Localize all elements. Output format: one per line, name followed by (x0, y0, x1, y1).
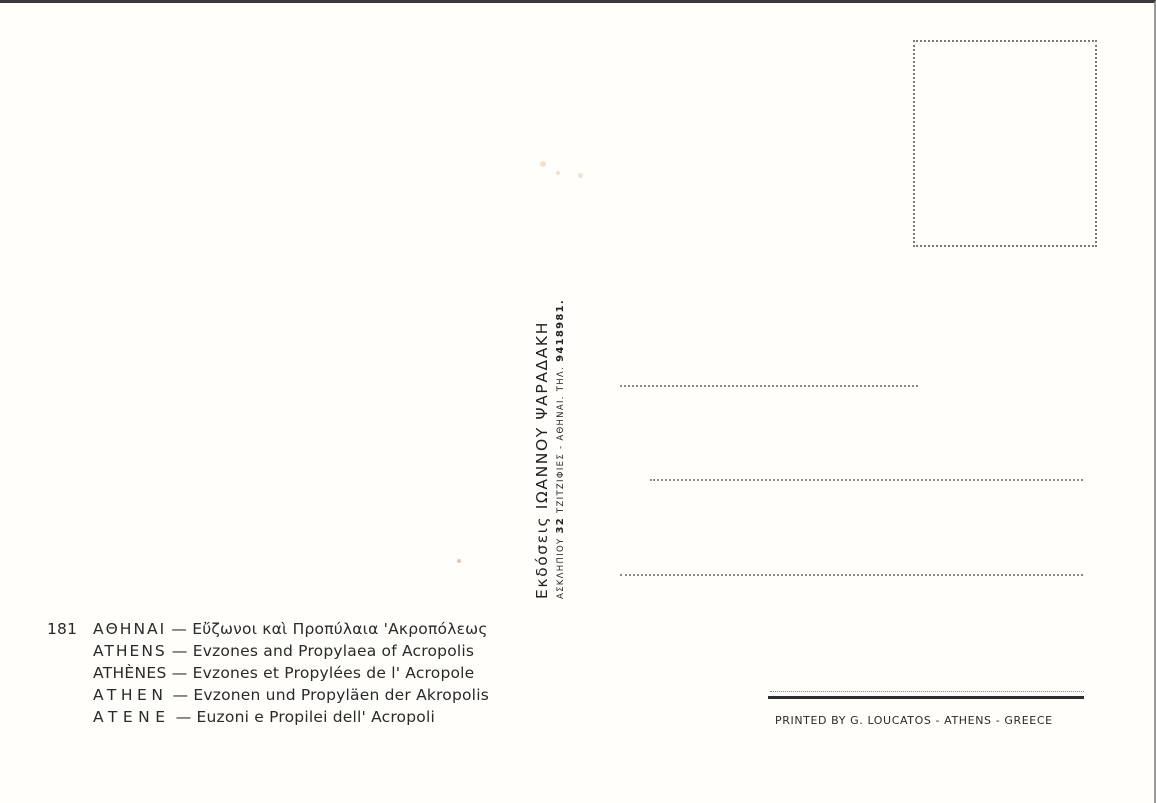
publisher-imprint: Εκδόσεις ΙΩΑΝΝΟΥ ΨΑΡΑΔΑΚΗ ΑΣΚΛΗΠΙΟΥ 32 Τ… (532, 299, 567, 599)
address-line-1 (620, 385, 918, 387)
publisher-address: ΑΣΚΛΗΠΙΟΥ 32 ΤΖΙΤΖΙΦΙΕΣ - ΑΘΗΝΑΙ. ΤΗΛ. 9… (555, 299, 567, 599)
caption-block: 181 ΑΘΗΝΑΙ — Εὔζωνοι καὶ Προπύλαια 'Ακρο… (47, 618, 489, 728)
caption-city: ATENE (93, 706, 171, 728)
caption-text: — Εὔζωνοι καὶ Προπύλαια 'Ακροπόλεως (171, 618, 487, 640)
solid-rule (768, 696, 1084, 699)
address-line-2 (650, 479, 1083, 481)
caption-city: ATHENS (93, 640, 167, 662)
paper-speck (457, 559, 461, 563)
caption-line: 181 ΑΘΗΝΑΙ — Εὔζωνοι καὶ Προπύλαια 'Ακρο… (47, 618, 489, 640)
caption-line: ATHENS — Evzones and Propylaea of Acropo… (47, 640, 489, 662)
printer-credit: PRINTED BY G. LOUCATOS - ATHENS - GREECE (775, 714, 1053, 727)
address-street: ΑΣΚΛΗΠΙΟΥ (556, 538, 566, 599)
address-number: 32 (555, 517, 566, 534)
caption-text: — Evzonen und Propyläen der Akropolis (173, 684, 489, 706)
paper-speck (578, 173, 583, 178)
caption-line: ATHÈNES — Evzones et Propylées de l' Acr… (47, 662, 489, 684)
caption-city: ATHÈNES (93, 662, 167, 684)
address-phone: 9418981. (555, 299, 566, 362)
caption-line: ATHEN — Evzonen und Propyläen der Akropo… (47, 684, 489, 706)
paper-speck (556, 171, 560, 175)
caption-city: ATHEN (93, 684, 167, 706)
paper-speck (540, 161, 546, 167)
caption-text: — Evzones and Propylaea of Acropolis (172, 640, 474, 662)
address-city: ΤΖΙΤΖΙΦΙΕΣ - ΑΘΗΝΑΙ. ΤΗΛ. (556, 366, 566, 513)
caption-text: — Euzoni e Propilei dell' Acropoli (176, 706, 435, 728)
caption-line: ATENE — Euzoni e Propilei dell' Acropoli (47, 706, 489, 728)
publisher-name: Εκδόσεις ΙΩΑΝΝΟΥ ΨΑΡΑΔΑΚΗ (532, 299, 552, 599)
stamp-box (913, 40, 1097, 247)
address-line-4 (770, 691, 1084, 692)
postcard-back: Εκδόσεις ΙΩΑΝΝΟΥ ΨΑΡΑΔΑΚΗ ΑΣΚΛΗΠΙΟΥ 32 Τ… (0, 0, 1156, 803)
caption-city: ΑΘΗΝΑΙ (93, 618, 166, 640)
caption-text: — Evzones et Propylées de l' Acropole (172, 662, 475, 684)
card-number: 181 (47, 618, 93, 640)
address-line-3 (620, 574, 1083, 576)
